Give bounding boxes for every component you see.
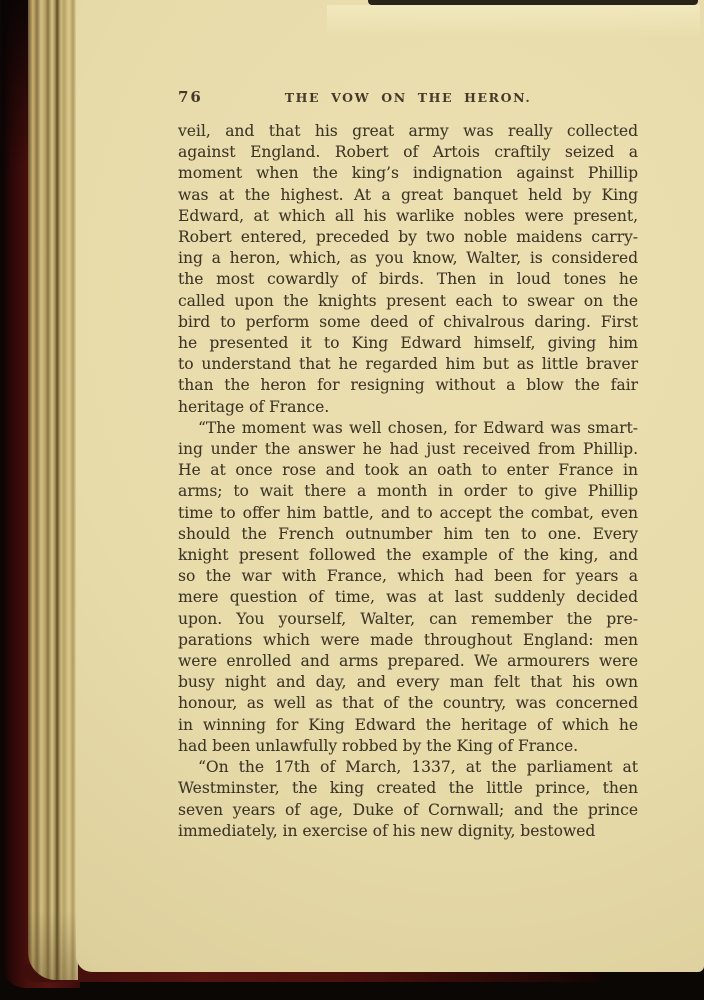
text-line: immediately, in exercise of his new dign… xyxy=(178,821,638,842)
text-line: parations which were made throughout Eng… xyxy=(178,630,638,651)
book-page: 76 THE VOW ON THE HERON. veil, and that … xyxy=(76,0,704,972)
text-line: arms; to wait there a month in order to … xyxy=(178,481,638,502)
text-line: veil, and that his great army was really… xyxy=(178,121,638,142)
text-line: ing under the answer he had just receive… xyxy=(178,439,638,460)
text-line: “The moment was well chosen, for Edward … xyxy=(178,418,638,439)
text-line: Robert entered, preceded by two noble ma… xyxy=(178,227,638,248)
body-text: veil, and that his great army was really… xyxy=(178,121,638,842)
running-title: THE VOW ON THE HERON. xyxy=(285,90,532,105)
text-line: time to offer him battle, and to accept … xyxy=(178,503,638,524)
text-line: the most cowardly of birds. Then in loud… xyxy=(178,269,638,290)
text-line: mere question of time, was at last sudde… xyxy=(178,587,638,608)
text-line: busy night and day, and every man felt t… xyxy=(178,672,638,693)
text-line: heritage of France. xyxy=(178,397,638,418)
paragraph: veil, and that his great army was really… xyxy=(178,121,638,418)
text-line: bird to perform some deed of chivalrous … xyxy=(178,312,638,333)
text-line: to understand that he regarded him but a… xyxy=(178,354,638,375)
text-line: ing a heron, which, as you know, Walter,… xyxy=(178,248,638,269)
text-line: Edward, at which all his warlike nobles … xyxy=(178,206,638,227)
text-line: should the French outnumber him ten to o… xyxy=(178,524,638,545)
text-line: had been unlawfully robbed by the King o… xyxy=(178,736,638,757)
text-line: knight present followed the example of t… xyxy=(178,545,638,566)
text-line: He at once rose and took an oath to ente… xyxy=(178,460,638,481)
text-line: was at the highest. At a great banquet h… xyxy=(178,185,638,206)
text-line: so the war with France, which had been f… xyxy=(178,566,638,587)
paragraph: “The moment was well chosen, for Edward … xyxy=(178,418,638,757)
book-scan: 76 THE VOW ON THE HERON. veil, and that … xyxy=(0,0,704,1000)
top-edge-shadow xyxy=(368,0,698,5)
text-line: upon. You yourself, Walter, can remember… xyxy=(178,609,638,630)
text-line: Westminster, the king created the little… xyxy=(178,778,638,799)
text-line: “On the 17th of March, 1337, at the parl… xyxy=(178,757,638,778)
text-line: seven years of age, Duke of Cornwall; an… xyxy=(178,800,638,821)
text-line: moment when the king’s indignation again… xyxy=(178,163,638,184)
paragraph: “On the 17th of March, 1337, at the parl… xyxy=(178,757,638,842)
text-line: than the heron for resigning without a b… xyxy=(178,375,638,396)
page-number: 76 xyxy=(178,88,203,106)
text-line: he presented it to King Edward himself, … xyxy=(178,333,638,354)
text-line: honour, as well as that of the country, … xyxy=(178,693,638,714)
page-edge-stack xyxy=(28,0,78,980)
page-content: 76 THE VOW ON THE HERON. veil, and that … xyxy=(178,88,638,842)
text-line: were enrolled and arms prepared. We armo… xyxy=(178,651,638,672)
page-header: 76 THE VOW ON THE HERON. xyxy=(178,88,638,104)
text-line: called upon the knights present each to … xyxy=(178,291,638,312)
text-line: in winning for King Edward the heritage … xyxy=(178,715,638,736)
text-line: against England. Robert of Artois crafti… xyxy=(178,142,638,163)
